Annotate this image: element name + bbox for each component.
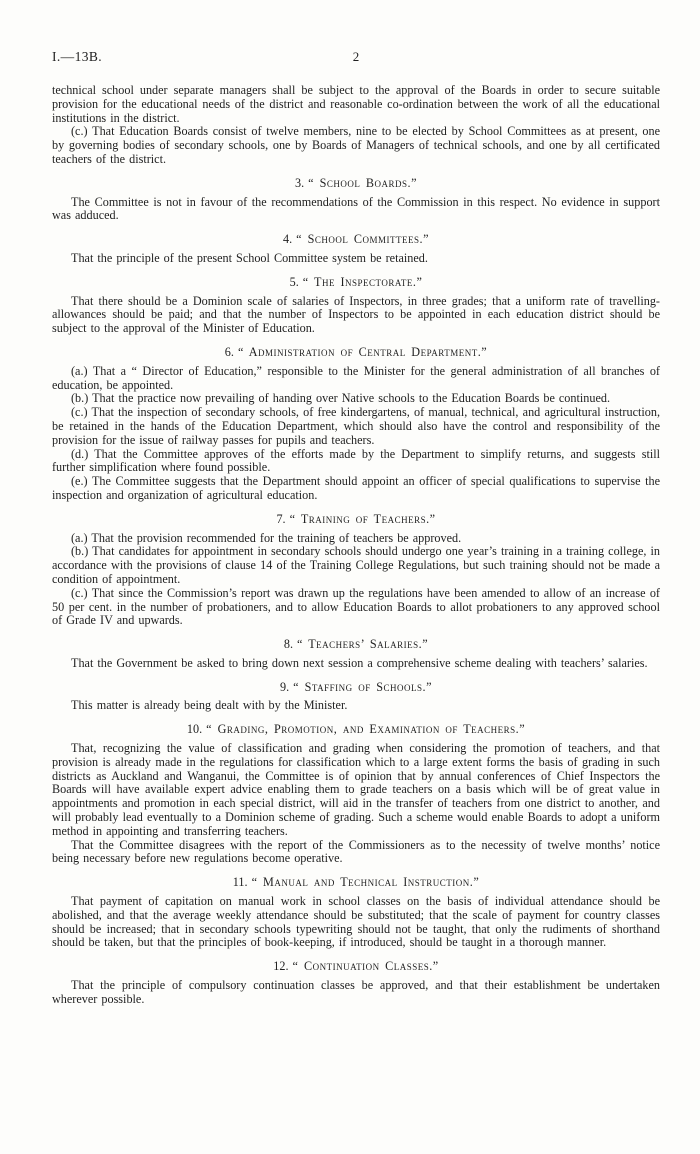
section-body: The Committee is not in favour of the re… <box>52 196 660 224</box>
page-number: 2 <box>52 50 660 64</box>
paragraph: That the Government be asked to bring do… <box>52 657 660 671</box>
intro-paragraphs: technical school under separate managers… <box>52 84 660 167</box>
section-number: 4. <box>283 232 292 246</box>
section-body: That the Government be asked to bring do… <box>52 657 660 671</box>
section: 3.“ School Boards.” The Committee is not… <box>52 177 660 223</box>
paragraph: That the principle of the present School… <box>52 252 660 266</box>
section-body: That there should be a Dominion scale of… <box>52 295 660 336</box>
section-number: 3. <box>295 176 304 190</box>
page-header: I.—13B. 2 <box>52 50 660 68</box>
paragraph: (b.) That the practice now prevailing of… <box>52 392 660 406</box>
section-heading: 7.“ Training of Teachers.” <box>52 513 660 527</box>
section-body: That the principle of compulsory continu… <box>52 979 660 1007</box>
section-body: That the principle of the present School… <box>52 252 660 266</box>
section-title: “ Staffing of Schools.” <box>293 680 432 694</box>
paragraph: technical school under separate managers… <box>52 84 660 125</box>
paragraph: (c.) That since the Commission’s report … <box>52 587 660 628</box>
section: 12.“ Continuation Classes.” That the pri… <box>52 960 660 1006</box>
section-title: “ Administration of Central Department.” <box>238 345 487 359</box>
section-number: 5. <box>290 275 299 289</box>
section-heading: 10.“ Grading, Promotion, and Examination… <box>52 723 660 737</box>
section-number: 6. <box>225 345 234 359</box>
section-title: “ Continuation Classes.” <box>293 959 439 973</box>
section: 6.“ Administration of Central Department… <box>52 346 660 503</box>
paragraph: (a.) That a “ Director of Education,” re… <box>52 365 660 393</box>
section-number: 12. <box>273 959 288 973</box>
section-body: (a.) That the provision recommended for … <box>52 532 660 629</box>
paragraph: (e.) The Committee suggests that the Dep… <box>52 475 660 503</box>
section-title: “ The Inspectorate.” <box>303 275 423 289</box>
section-heading: 4.“ School Committees.” <box>52 233 660 247</box>
section-heading: 5.“ The Inspectorate.” <box>52 276 660 290</box>
section-heading: 6.“ Administration of Central Department… <box>52 346 660 360</box>
paragraph: That there should be a Dominion scale of… <box>52 295 660 336</box>
section-number: 7. <box>276 512 285 526</box>
section-title: “ Training of Teachers.” <box>290 512 436 526</box>
section-title: “ School Boards.” <box>308 176 417 190</box>
sections: 3.“ School Boards.” The Committee is not… <box>52 177 660 1007</box>
section-heading: 9.“ Staffing of Schools.” <box>52 681 660 695</box>
section-title: “ Grading, Promotion, and Examination of… <box>206 722 525 736</box>
paragraph: (c.) That the inspection of secondary sc… <box>52 406 660 447</box>
section-body: (a.) That a “ Director of Education,” re… <box>52 365 660 503</box>
paragraph: (c.) That Education Boards consist of tw… <box>52 125 660 166</box>
paragraph: (d.) That the Committee approves of the … <box>52 448 660 476</box>
section-title: “ Teachers’ Salaries.” <box>297 637 428 651</box>
paragraph: That, recognizing the value of classific… <box>52 742 660 839</box>
section: 9.“ Staffing of Schools.” This matter is… <box>52 681 660 714</box>
section: 10.“ Grading, Promotion, and Examination… <box>52 723 660 866</box>
paragraph: (a.) That the provision recommended for … <box>52 532 660 546</box>
section-number: 10. <box>187 722 202 736</box>
paragraph: That the principle of compulsory continu… <box>52 979 660 1007</box>
section-heading: 11.“ Manual and Technical Instruction.” <box>52 876 660 890</box>
paragraph: This matter is already being dealt with … <box>52 699 660 713</box>
section-number: 11. <box>233 875 248 889</box>
section-heading: 12.“ Continuation Classes.” <box>52 960 660 974</box>
paragraph: The Committee is not in favour of the re… <box>52 196 660 224</box>
section-body: This matter is already being dealt with … <box>52 699 660 713</box>
section: 4.“ School Committees.” That the princip… <box>52 233 660 266</box>
section-title: “ Manual and Technical Instruction.” <box>252 875 480 889</box>
section: 8.“ Teachers’ Salaries.” That the Govern… <box>52 638 660 671</box>
paragraph: That the Committee disagrees with the re… <box>52 839 660 867</box>
section-heading: 3.“ School Boards.” <box>52 177 660 191</box>
section: 11.“ Manual and Technical Instruction.” … <box>52 876 660 950</box>
section: 5.“ The Inspectorate.” That there should… <box>52 276 660 336</box>
section-heading: 8.“ Teachers’ Salaries.” <box>52 638 660 652</box>
section-body: That payment of capitation on manual wor… <box>52 895 660 950</box>
section: 7.“ Training of Teachers.” (a.) That the… <box>52 513 660 628</box>
section-number: 8. <box>284 637 293 651</box>
paragraph: That payment of capitation on manual wor… <box>52 895 660 950</box>
paragraph: (b.) That candidates for appointment in … <box>52 545 660 586</box>
section-title: “ School Committees.” <box>296 232 429 246</box>
document-page: I.—13B. 2 technical school under separat… <box>0 0 700 1154</box>
section-body: That, recognizing the value of classific… <box>52 742 660 866</box>
section-number: 9. <box>280 680 289 694</box>
